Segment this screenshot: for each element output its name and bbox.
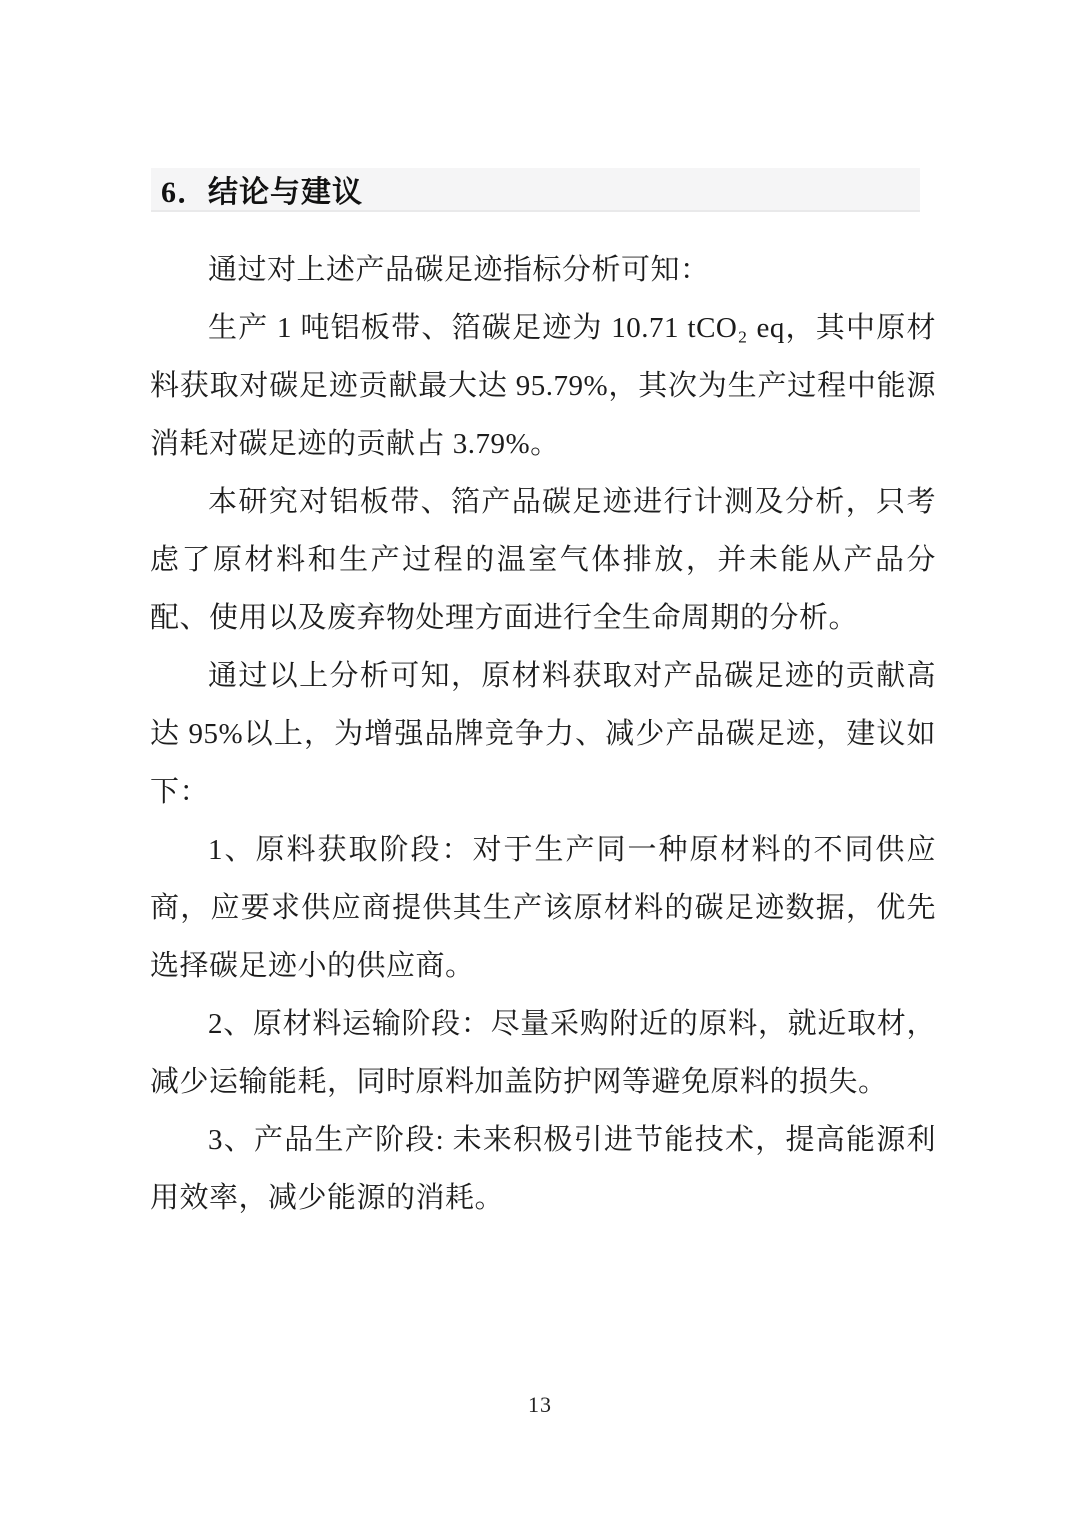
page-footer: 13: [0, 1392, 1080, 1418]
paragraph: 本研究对铝板带、箔产品碳足迹进行计测及分析，只考虑了原材料和生产过程的温室气体排…: [150, 473, 936, 647]
document-page: 6．结论与建议 通过对上述产品碳足迹指标分析可知：生产 1 吨铝板带、箔碳足迹为…: [0, 0, 1080, 1528]
section-heading-band: 6．结论与建议: [151, 168, 920, 212]
paragraph: 1、原料获取阶段：对于生产同一种原材料的不同供应商，应要求供应商提供其生产该原材…: [150, 821, 936, 995]
paragraph: 通过对上述产品碳足迹指标分析可知：: [150, 241, 936, 299]
body-text: 通过对上述产品碳足迹指标分析可知：生产 1 吨铝板带、箔碳足迹为 10.71 t…: [150, 241, 936, 1227]
paragraph: 生产 1 吨铝板带、箔碳足迹为 10.71 tCO₂ eq，其中原材料获取对碳足…: [150, 299, 936, 473]
paragraph: 2、原材料运输阶段：尽量采购附近的原料，就近取材，减少运输能耗，同时原料加盖防护…: [150, 995, 936, 1111]
paragraph: 3、产品生产阶段: 未来积极引进节能技术，提高能源利用效率，减少能源的消耗。: [150, 1111, 936, 1227]
paragraph: 通过以上分析可知，原材料获取对产品碳足迹的贡献高达 95%以上，为增强品牌竞争力…: [150, 647, 936, 821]
section-heading: 6．结论与建议: [151, 167, 363, 211]
page-number: 13: [528, 1392, 552, 1417]
